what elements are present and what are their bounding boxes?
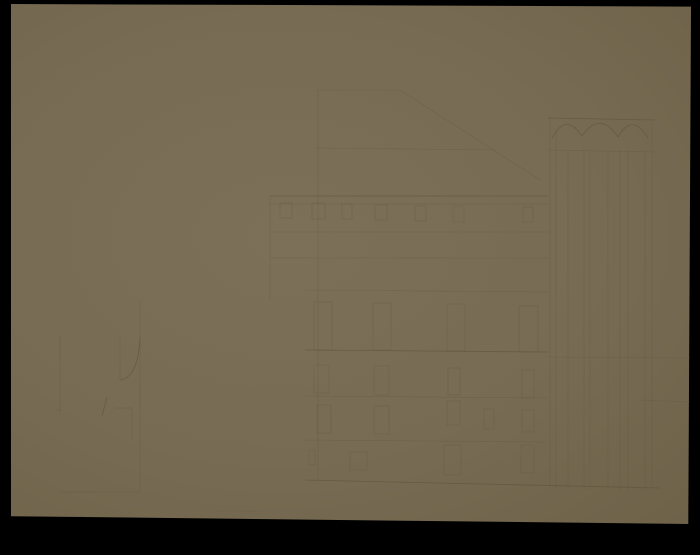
windows-floor-3 (317, 401, 534, 434)
tower (548, 118, 690, 490)
windows-floor-2 (314, 365, 534, 398)
corner-note: · · ··· (70, 514, 83, 521)
windows-floor-1 (314, 302, 538, 352)
drawing-caption: ··· ··· ······· (215, 508, 263, 516)
profile-detail (54, 300, 140, 492)
roof-outline (315, 90, 540, 480)
facade-floors (305, 290, 660, 488)
elevation-drawing (0, 0, 700, 555)
windows-ground (309, 445, 534, 475)
